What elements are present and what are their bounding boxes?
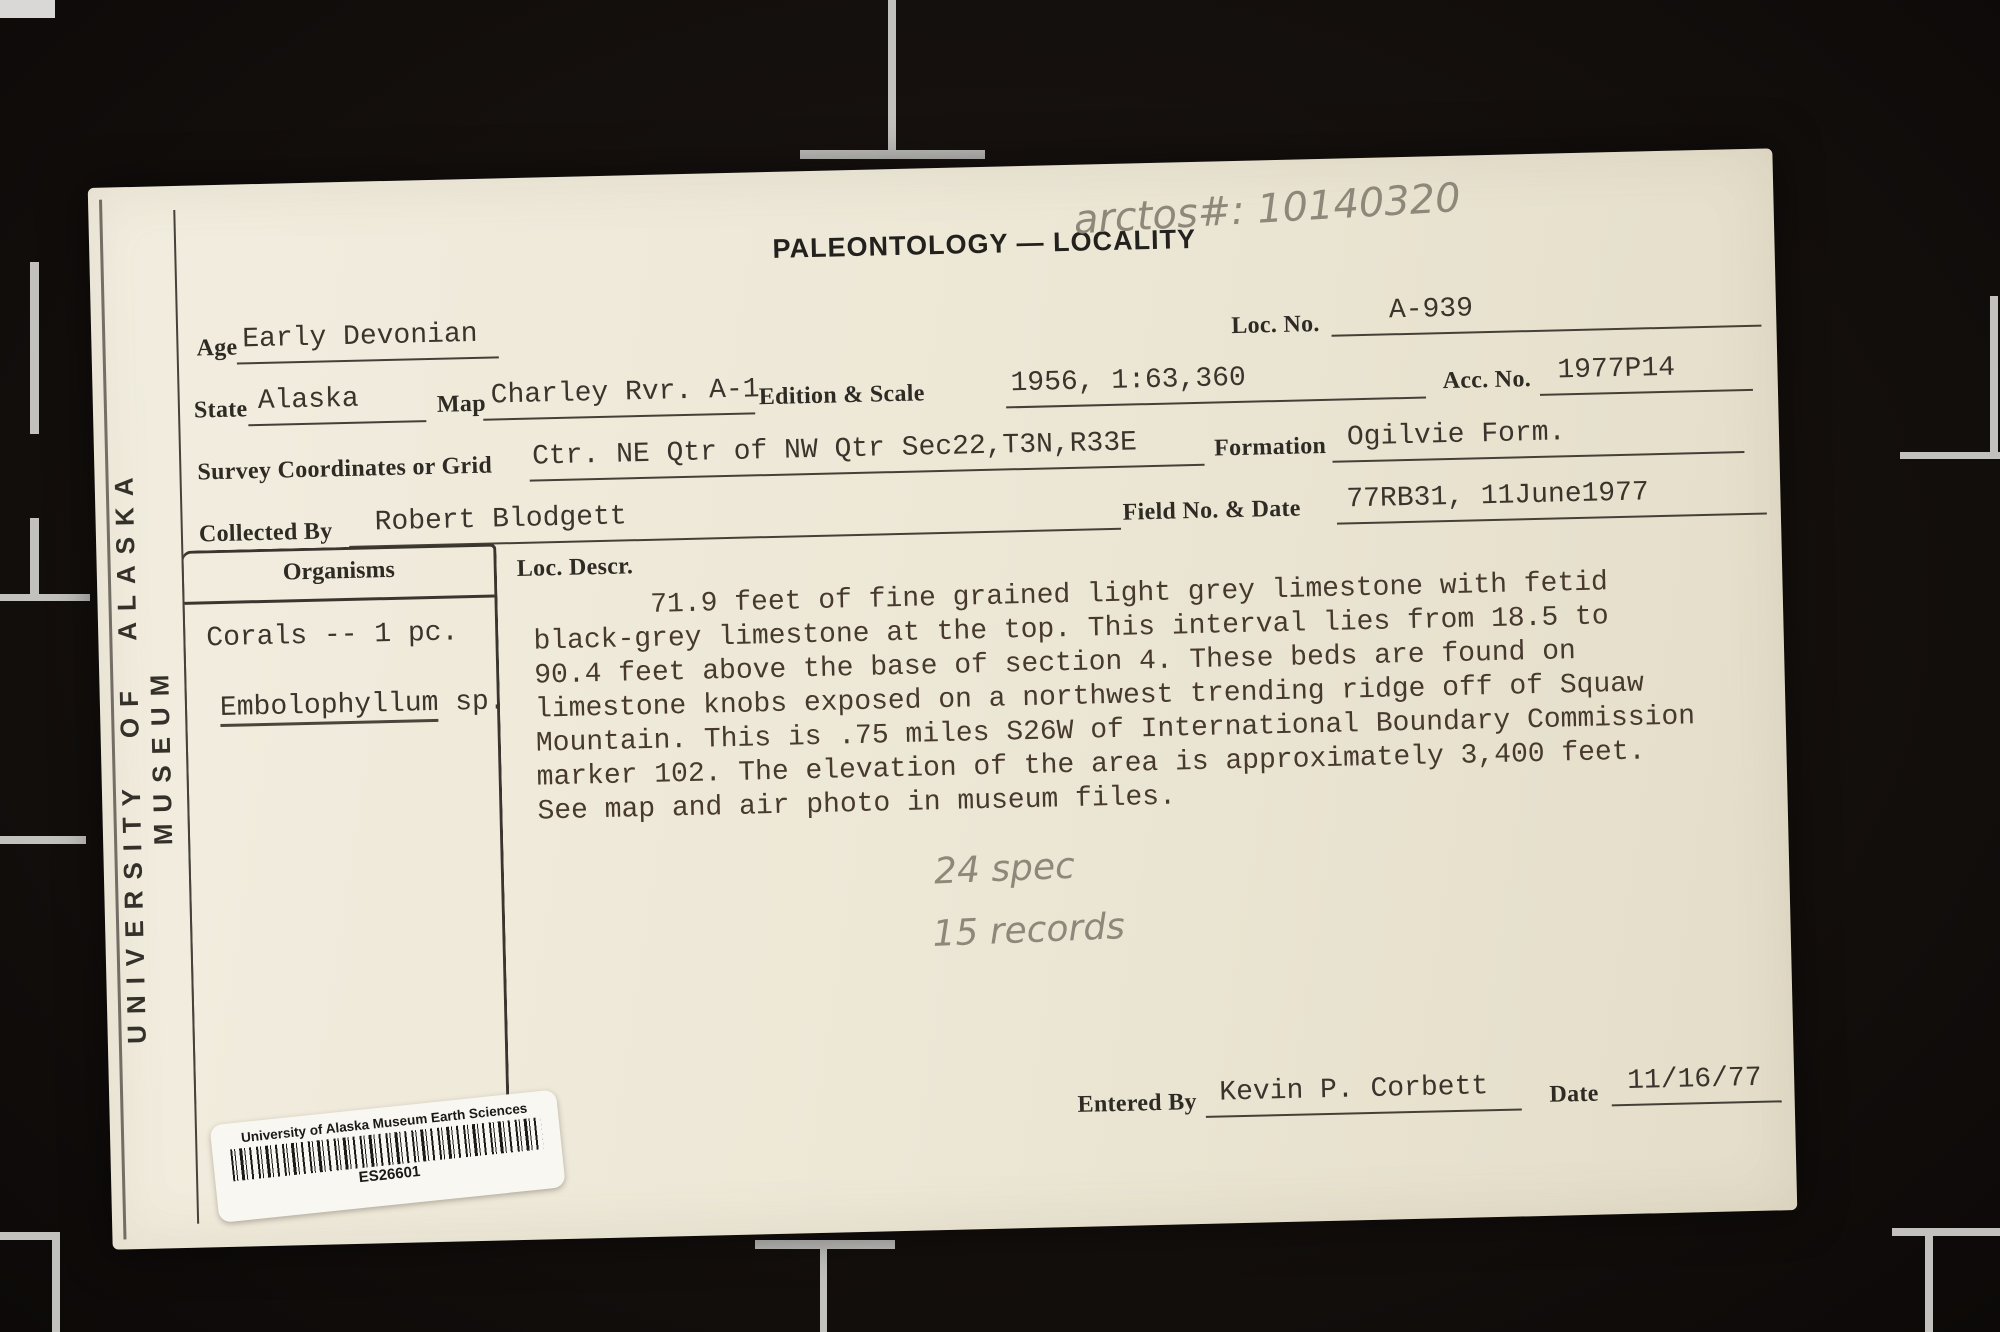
- date-value: 11/16/77: [1611, 1062, 1782, 1106]
- collected-by-value: Robert Blodgett: [348, 490, 1121, 548]
- acc-no-value: 1977P14: [1539, 351, 1753, 396]
- loc-descr-label: Loc. Descr.: [517, 553, 634, 583]
- arctos-number-annotation: arctos#: 10140320: [1073, 175, 1462, 244]
- loc-no-value: A-939: [1331, 287, 1762, 337]
- organism-entry: Corals -- 1 pc.: [206, 617, 459, 654]
- entered-by-label: Entered By: [1077, 1089, 1197, 1119]
- registration-mark: [0, 836, 86, 844]
- loc-descr-text: 71.9 feet of fine grained light grey lim…: [532, 562, 1777, 829]
- registration-mark: [0, 594, 90, 601]
- registration-mark: [30, 262, 39, 434]
- map-value: Charley Rvr. A-1: [482, 374, 755, 420]
- field-no-date-label: Field No. & Date: [1122, 496, 1301, 527]
- organism-genus: Embolophyllum: [220, 688, 439, 727]
- formation-label: Formation: [1214, 433, 1327, 463]
- loc-no-label: Loc. No.: [1231, 311, 1320, 340]
- barcode-sticker: University of Alaska Museum Earth Scienc…: [209, 1089, 565, 1223]
- locality-card: UNIVERSITY OF ALASKA MUSEUM PALEONTOLOGY…: [88, 148, 1798, 1249]
- survey-grid-label: Survey Coordinates or Grid: [197, 453, 492, 487]
- formation-value: Ogilvie Form.: [1332, 413, 1745, 463]
- registration-mark: [1900, 452, 2000, 459]
- edition-scale-value: 1956, 1:63,360: [1005, 359, 1426, 409]
- registration-mark: [1892, 1228, 2000, 1236]
- collected-by-label: Collected By: [199, 518, 333, 548]
- state-label: State: [194, 396, 248, 424]
- registration-mark: [30, 518, 39, 594]
- edition-scale-label: Edition & Scale: [759, 380, 925, 411]
- registration-mark: [800, 150, 985, 159]
- map-label: Map: [437, 391, 487, 419]
- museum-name-vertical: UNIVERSITY OF ALASKA MUSEUM: [106, 364, 182, 1145]
- registration-mark: [820, 1240, 827, 1332]
- entered-by-value: Kevin P. Corbett: [1205, 1070, 1522, 1117]
- age-label: Age: [196, 335, 238, 363]
- registration-mark: [0, 1232, 60, 1240]
- survey-grid-value: Ctr. NE Qtr of NW Qtr Sec22,T3N,R33E: [529, 426, 1205, 482]
- registration-mark: [52, 1236, 60, 1332]
- registration-mark: [888, 0, 896, 158]
- registration-mark: [1990, 296, 1998, 456]
- records-count-note: 15 records: [932, 906, 1126, 955]
- organism-genus-suffix: sp.: [438, 686, 506, 719]
- organisms-header: Organisms: [183, 547, 494, 589]
- date-label: Date: [1549, 1081, 1599, 1109]
- spec-count-note: 24 spec: [933, 846, 1075, 893]
- field-no-date-value: 77RB31, 11June1977: [1336, 475, 1767, 525]
- registration-mark: [1925, 1232, 1933, 1332]
- state-value: Alaska: [247, 382, 426, 426]
- registration-mark: [0, 0, 55, 18]
- organisms-header-rule: [185, 595, 495, 605]
- age-value: Early Devonian: [236, 318, 499, 364]
- acc-no-label: Acc. No.: [1442, 366, 1531, 395]
